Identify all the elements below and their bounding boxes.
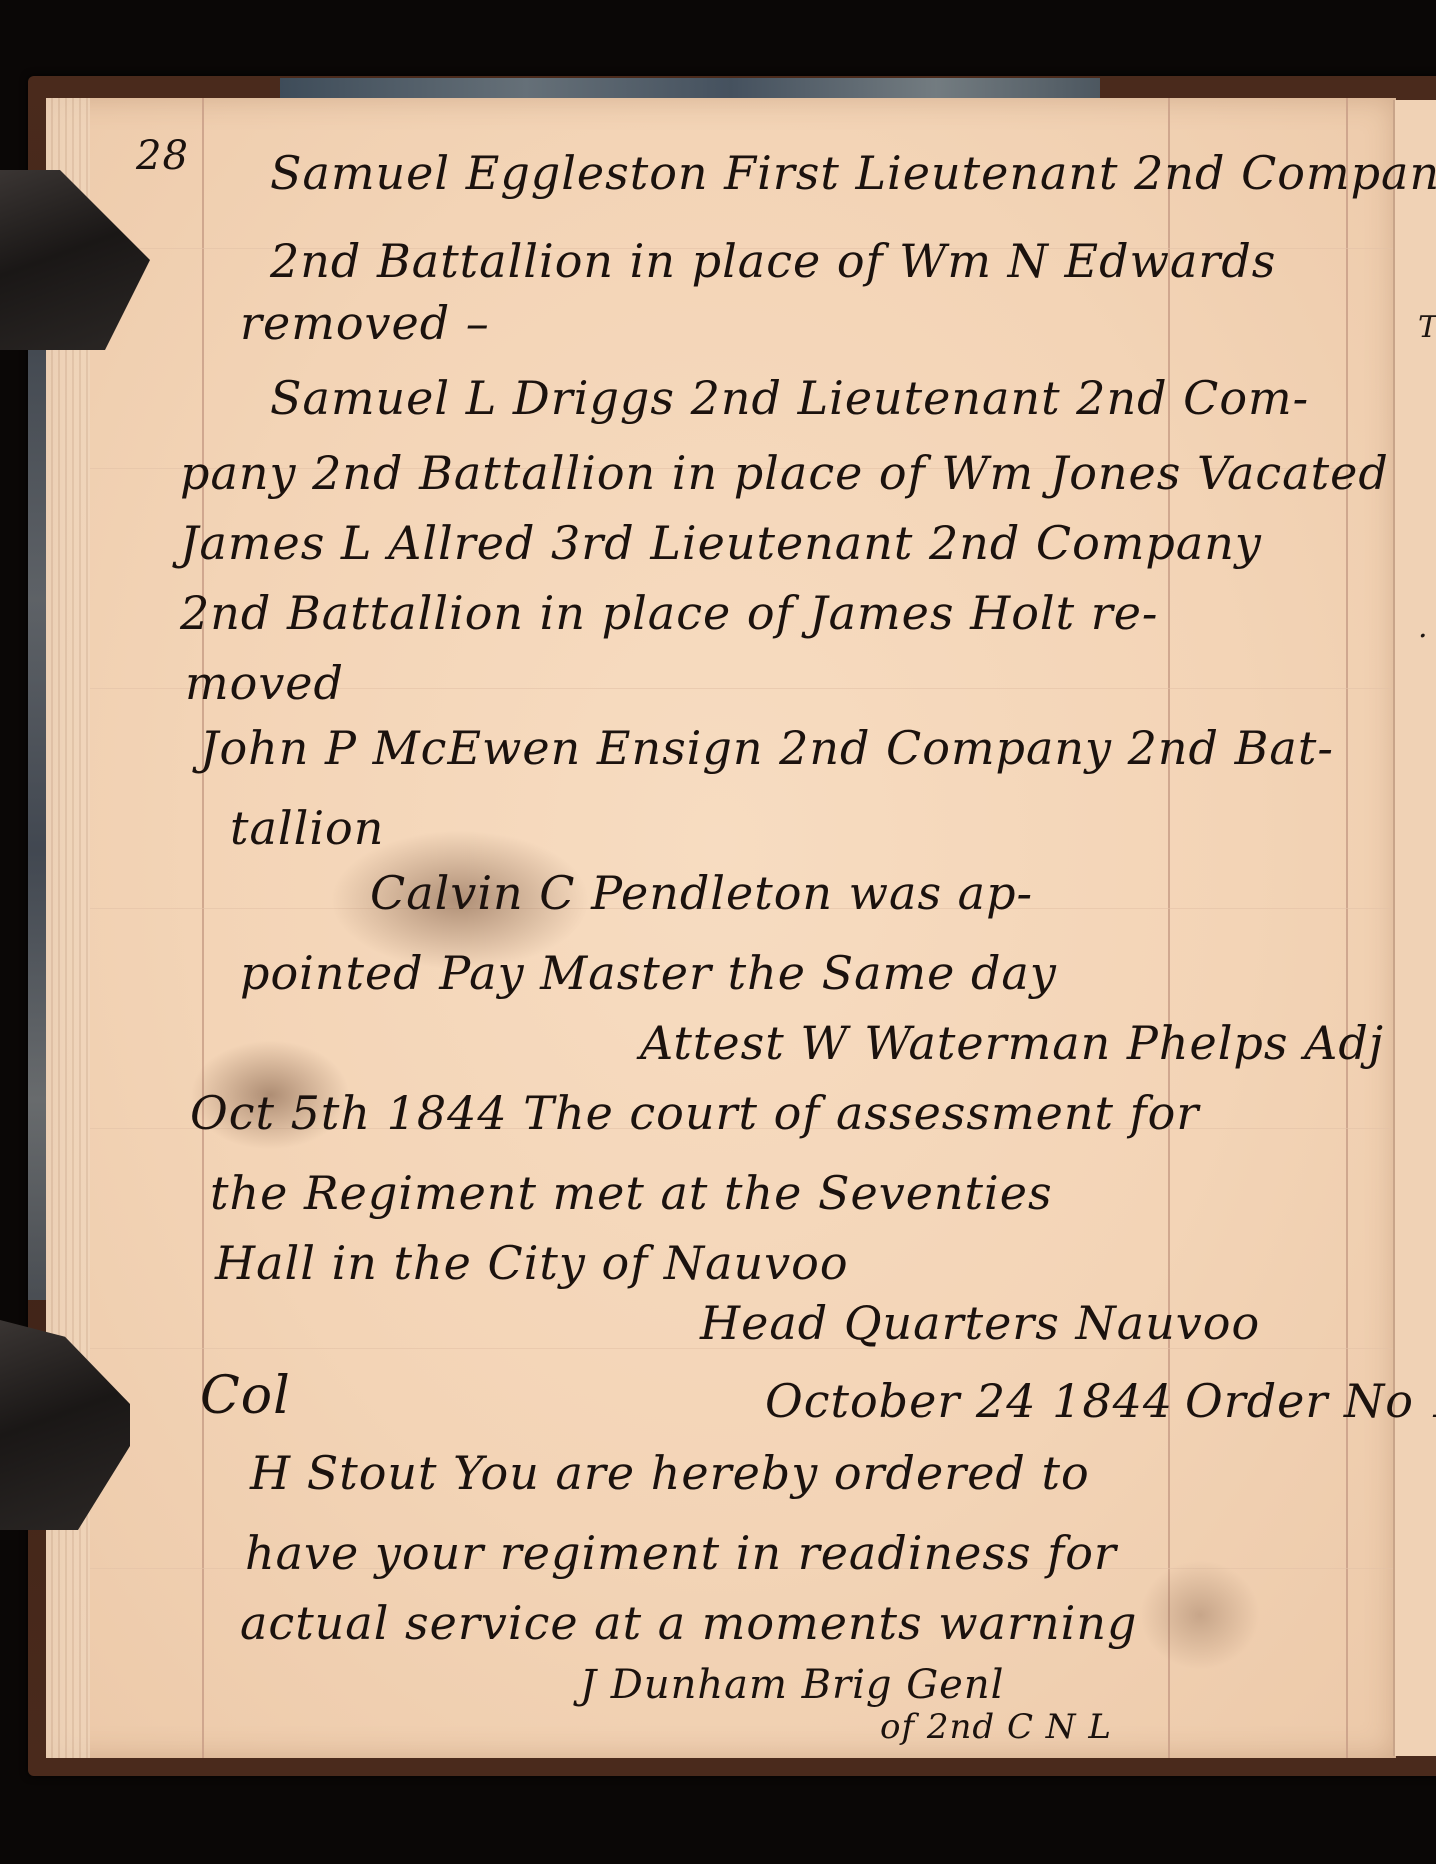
text-line: removed – [240, 300, 490, 346]
addressee-title: Col [200, 1370, 291, 1422]
text-line: John P McEwen Ensign 2nd Company 2nd Bat… [200, 725, 1334, 771]
text-line: Samuel Eggleston First Lieutenant 2nd Co… [270, 150, 1436, 196]
ink-smudge [1140, 1560, 1260, 1670]
text-line: James L Allred 3rd Lieutenant 2nd Compan… [180, 520, 1262, 566]
adjacent-page-mark: . [1418, 610, 1428, 645]
scan-scene: T . 28 Samuel Eggleston First Lieutenant… [0, 0, 1436, 1864]
text-line: Samuel L Driggs 2nd Lieutenant 2nd Com- [270, 375, 1309, 421]
text-line: 2nd Battallion in place of James Holt re… [180, 590, 1158, 636]
text-line: Calvin C Pendleton was ap- [370, 870, 1033, 916]
text-line: the Regiment met at the Seventies [210, 1170, 1053, 1216]
attestation-signature: Attest W Waterman Phelps Adj [640, 1020, 1384, 1066]
signature-affiliation: of 2nd C N L [880, 1710, 1112, 1744]
text-line: actual service at a moments warning [240, 1600, 1137, 1646]
text-line: H Stout You are hereby ordered to [250, 1450, 1090, 1496]
text-line: pointed Pay Master the Same day [240, 950, 1057, 996]
text-line: Oct 5th 1844 The court of assessment for [190, 1090, 1199, 1136]
text-line: have your regiment in readiness for [245, 1530, 1117, 1576]
order-signature: J Dunham Brig Genl [580, 1665, 1004, 1705]
text-line: Hall in the City of Nauvoo [215, 1240, 849, 1286]
heading-headquarters: Head Quarters Nauvoo [700, 1300, 1260, 1346]
text-line: pany 2nd Battallion in place of Wm Jones… [180, 450, 1389, 496]
text-line: tallion [230, 805, 384, 851]
order-number: Order No 1 [1185, 1378, 1436, 1424]
text-line: 2nd Battallion in place of Wm N Edwards [270, 238, 1276, 284]
page-number: 28 [136, 136, 189, 176]
adjacent-page [1393, 100, 1436, 1756]
column-rule [1346, 98, 1348, 1758]
adjacent-page-mark: T [1418, 310, 1436, 345]
text-line: moved [185, 660, 344, 706]
order-date: October 24 1844 [765, 1378, 1173, 1424]
marbled-endpaper [280, 78, 1100, 100]
column-rule [1168, 98, 1170, 1758]
margin-rule [202, 98, 204, 1758]
